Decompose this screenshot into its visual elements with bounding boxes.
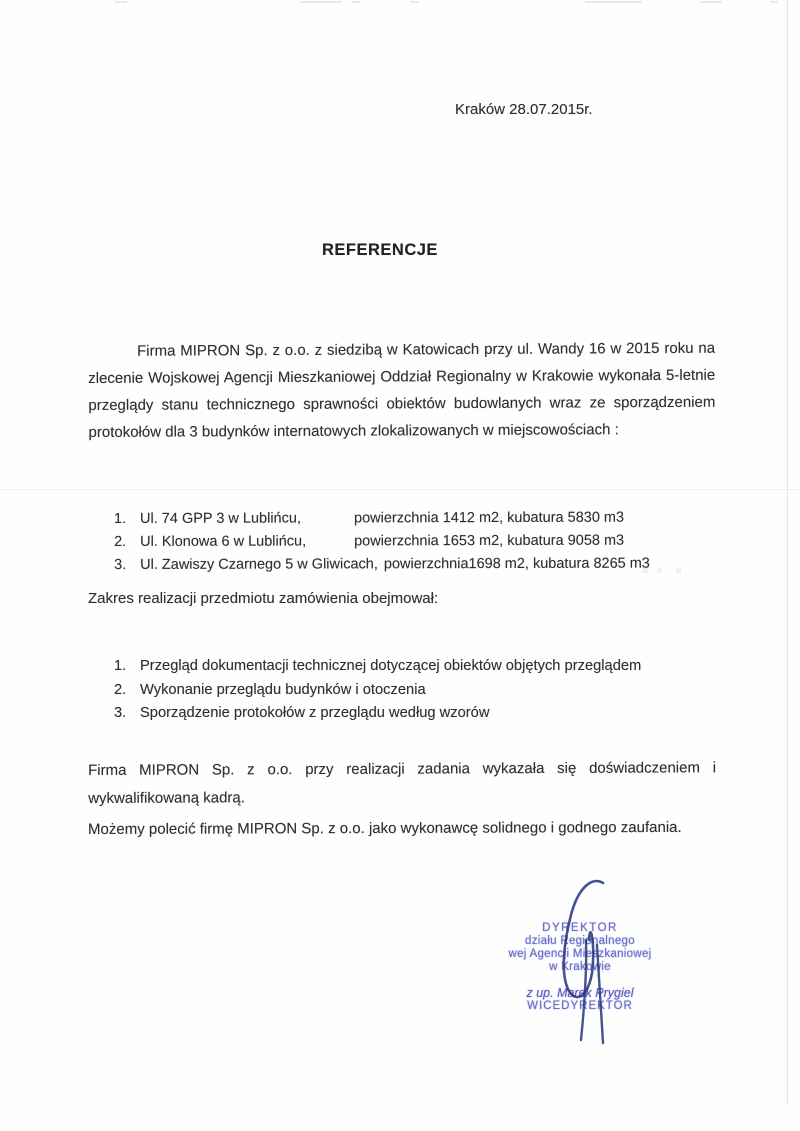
building-details: powierzchnia 1653 m2, kubatura 9058 m3 xyxy=(354,530,624,554)
signature-stroke xyxy=(581,940,586,1040)
list-number: 3. xyxy=(114,554,140,577)
building-details: powierzchnia1698 m2, kubatura 8265 m3 xyxy=(384,553,650,577)
scan-artifact-right-edge xyxy=(787,0,788,1105)
scope-list: 1. Przegląd dokumentacji technicznej dot… xyxy=(114,655,641,726)
scope-item-text: Wykonanie przeglądu budynków i otoczenia xyxy=(140,679,426,703)
building-details: powierzchnia 1412 m2, kubatura 5830 m3 xyxy=(354,507,624,531)
signature-stroke xyxy=(564,881,603,997)
scan-artifact-top xyxy=(585,1,642,3)
scan-artifact-top xyxy=(300,1,342,3)
closing-paragraph-1: Firma MIPRON Sp. z o.o. przy realizacji … xyxy=(88,754,716,813)
scan-artifact-top xyxy=(410,1,419,3)
building-address: Ul. 74 GPP 3 w Lublińcu, xyxy=(140,507,354,531)
scope-item-text: Sporządzenie protokołów z przeglądu wedł… xyxy=(140,702,489,726)
scope-item: 3. Sporządzenie protokołów z przeglądu w… xyxy=(114,702,641,726)
scan-artifact-top xyxy=(770,1,778,3)
handwritten-signature xyxy=(540,865,630,1055)
intro-paragraph: Firma MIPRON Sp. z o.o. z siedzibą w Kat… xyxy=(88,335,716,446)
scan-noise xyxy=(642,568,728,573)
list-number: 1. xyxy=(114,508,140,531)
signature-stroke xyxy=(597,945,603,1043)
closing-paragraph-2: Możemy polecić firmę MIPRON Sp. z o.o. j… xyxy=(88,819,748,838)
list-number: 3. xyxy=(114,702,140,726)
document-page: Kraków 28.07.2015r. REFERENCJE Firma MIP… xyxy=(0,0,800,1131)
building-address: Ul. Klonowa 6 w Lublińcu, xyxy=(140,530,354,554)
list-number: 1. xyxy=(114,655,140,679)
scope-item-text: Przegląd dokumentacji technicznej dotycz… xyxy=(140,655,641,679)
scan-artifact-top xyxy=(115,1,127,3)
scan-artifact-top xyxy=(700,1,722,3)
document-date: Kraków 28.07.2015r. xyxy=(455,101,593,118)
buildings-list: 1. Ul. 74 GPP 3 w Lublińcu, powierzchnia… xyxy=(114,507,650,577)
scope-item: 1. Przegląd dokumentacji technicznej dot… xyxy=(114,655,641,679)
scan-artifact-top xyxy=(352,1,360,3)
building-row: 1. Ul. 74 GPP 3 w Lublińcu, powierzchnia… xyxy=(114,507,650,531)
building-address: Ul. Zawiszy Czarnego 5 w Gliwicach, xyxy=(140,553,384,577)
list-number: 2. xyxy=(114,531,140,554)
list-number: 2. xyxy=(114,679,140,703)
scan-fold-line xyxy=(0,489,800,490)
scope-heading: Zakres realizacji przedmiotu zamówienia … xyxy=(88,590,438,607)
scope-item: 2. Wykonanie przeglądu budynków i otocze… xyxy=(114,679,641,703)
building-row: 2. Ul. Klonowa 6 w Lublińcu, powierzchni… xyxy=(114,530,650,554)
document-title: REFERENCJE xyxy=(322,241,438,260)
building-row: 3. Ul. Zawiszy Czarnego 5 w Gliwicach, p… xyxy=(114,553,650,577)
